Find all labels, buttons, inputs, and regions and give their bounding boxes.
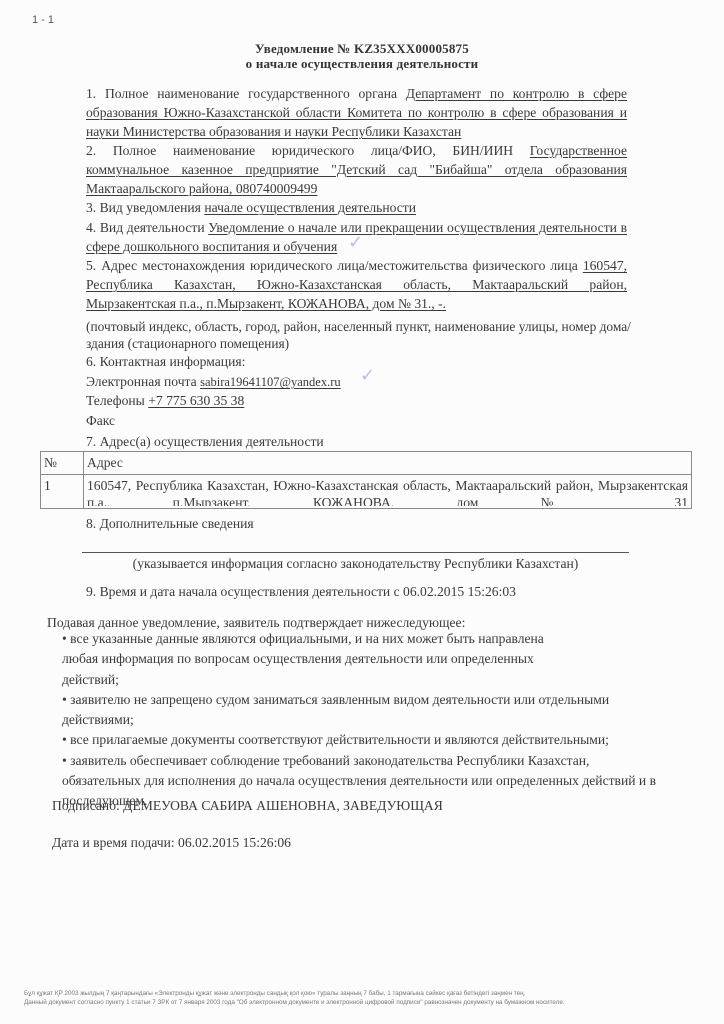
document-title: Уведомление № KZ35XXX00005875 bbox=[0, 41, 724, 57]
confirmation-item: • заявителю не запрещено судом заниматьс… bbox=[62, 690, 662, 731]
document-subtitle: о начале осуществления деятельности bbox=[0, 56, 724, 72]
footer-line-kazakh: Бұл құжат ҚР 2003 жылдың 7 қаңтарындағы … bbox=[24, 989, 565, 998]
footer-line-russian: Данный документ согласно пункту 1 статьи… bbox=[24, 998, 565, 1007]
section-2: 2. Полное наименование юридического лица… bbox=[86, 141, 627, 198]
page-number: 1 - 1 bbox=[32, 14, 54, 26]
additional-info-line bbox=[82, 552, 629, 553]
confirmation-item: • все прилагаемые документы соответствую… bbox=[62, 730, 662, 750]
section-2-label: 2. Полное наименование юридического лица… bbox=[86, 143, 513, 158]
checkmark-icon: ✓ bbox=[360, 365, 375, 386]
table-cell-number: 1 bbox=[41, 475, 84, 509]
section-4-label: 4. Вид деятельности bbox=[86, 220, 205, 235]
section-3: 3. Вид уведомления начале осуществления … bbox=[86, 198, 627, 217]
additional-info-note: (указывается информация согласно законод… bbox=[82, 556, 629, 572]
section-5: 5. Адрес местонахождения юридического ли… bbox=[86, 256, 627, 313]
table-cell-address: 160547, Республика Казахстан, Южно-Казах… bbox=[84, 475, 692, 509]
address-hint: (почтовый индекс, область, город, район,… bbox=[86, 318, 646, 352]
table-header-address: Адрес bbox=[84, 452, 692, 475]
section-6-label: 6. Контактная информация: bbox=[86, 352, 627, 371]
phone-label: Телефоны bbox=[86, 393, 145, 408]
table-header-number: № bbox=[41, 452, 84, 475]
email-row: Электронная почта sabira19641107@yandex.… bbox=[86, 372, 627, 392]
legal-footer: Бұл құжат ҚР 2003 жылдың 7 қаңтарындағы … bbox=[24, 989, 565, 1007]
checkmark-icon: ✓ bbox=[348, 232, 363, 253]
signed-by: Подписано: ДЕМЕУОВА САБИРА АШЕНОВНА, ЗАВ… bbox=[52, 796, 443, 816]
fax-label: Факс bbox=[86, 413, 115, 428]
submission-datetime: Дата и время подачи: 06.02.2015 15:26:06 bbox=[52, 833, 291, 853]
table-header-row: № Адрес bbox=[41, 452, 692, 475]
section-7-label: 7. Адрес(а) осуществления деятельности bbox=[86, 432, 627, 451]
section-5-label: 5. Адрес местонахождения юридического ли… bbox=[86, 258, 578, 273]
fax-row: Факс bbox=[86, 411, 627, 430]
activity-address-table: № Адрес 1 160547, Республика Казахстан, … bbox=[40, 451, 692, 509]
email-label: Электронная почта bbox=[86, 374, 197, 389]
section-9-start-datetime: 9. Время и дата начала осуществления дея… bbox=[86, 582, 627, 601]
notification-type: начале осуществления деятельности bbox=[204, 200, 416, 215]
email-value: sabira19641107@yandex.ru bbox=[200, 375, 341, 389]
section-8-label: 8. Дополнительные сведения bbox=[86, 514, 627, 533]
confirmation-list: • все указанные данные являются официаль… bbox=[62, 629, 662, 812]
section-1-label: 1. Полное наименование государственного … bbox=[86, 86, 397, 101]
section-1: 1. Полное наименование государственного … bbox=[86, 84, 627, 141]
section-3-label: 3. Вид уведомления bbox=[86, 200, 201, 215]
table-row: 1 160547, Республика Казахстан, Южно-Каз… bbox=[41, 475, 692, 509]
phone-value: +7 775 630 35 38 bbox=[148, 393, 244, 408]
confirmation-item: • все указанные данные являются официаль… bbox=[62, 629, 582, 690]
phone-row: Телефоны +7 775 630 35 38 bbox=[86, 391, 627, 410]
